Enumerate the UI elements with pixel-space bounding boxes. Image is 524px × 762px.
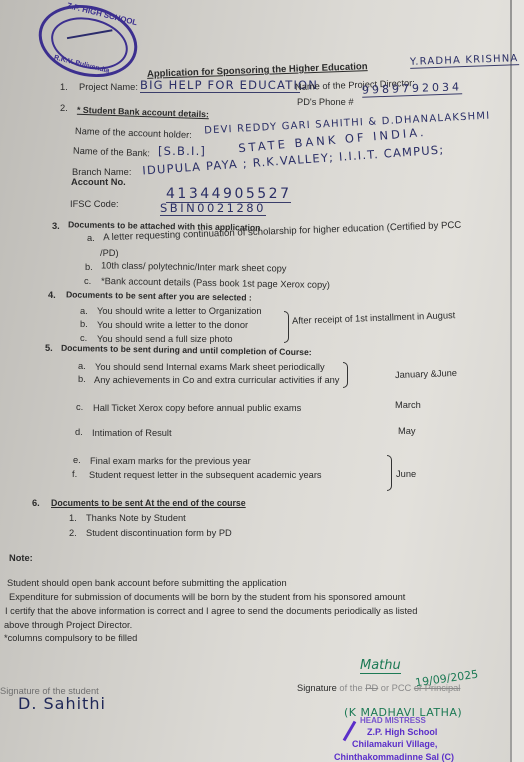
project-director-value: Y.RADHA KRISHNA bbox=[410, 53, 519, 69]
item5-c-marker: c. bbox=[76, 402, 83, 412]
pcc-signature: Mathu bbox=[360, 658, 401, 674]
item5-heading: Documents to be sent during and until co… bbox=[61, 343, 312, 357]
note-line-5: *columns compulsory to be filled bbox=[4, 633, 137, 643]
pcc-label-mid: of the bbox=[339, 683, 362, 693]
ifsc-label: IFSC Code: bbox=[70, 199, 119, 209]
note-line-4: above through Project Director. bbox=[4, 620, 132, 630]
item6-1-marker: 1. bbox=[69, 513, 77, 523]
item5-ef-brace bbox=[387, 455, 392, 491]
item3-c-text: *Bank account details (Pass book 1st pag… bbox=[101, 276, 330, 290]
student-signature: D. Sahithi bbox=[18, 694, 106, 713]
item6-number: 6. bbox=[32, 498, 40, 508]
item5-c-text: Hall Ticket Xerox copy before annual pub… bbox=[93, 403, 301, 413]
item3-b-marker: b. bbox=[85, 262, 93, 272]
item4-heading: Documents to be sent after you are selec… bbox=[66, 289, 252, 302]
item4-c-text: You should send a full size photo bbox=[97, 334, 233, 344]
item3-a-marker: a. bbox=[87, 233, 95, 243]
item5-a-text: You should send Internal exams Mark shee… bbox=[95, 362, 325, 372]
account-holder-label: Name of the account holder: bbox=[75, 126, 192, 140]
item4-b-marker: b. bbox=[80, 319, 88, 329]
item4-timing: After receipt of 1st installment in Augu… bbox=[292, 310, 456, 326]
pcc-label-struck-pd: PD bbox=[365, 683, 378, 693]
account-number-label: Account No. bbox=[71, 177, 126, 187]
item4-a-marker: a. bbox=[80, 306, 88, 316]
paper-edge bbox=[510, 0, 512, 762]
item5-ab-brace bbox=[343, 362, 348, 388]
stamp-line-3: Chilamakuri Village, bbox=[352, 739, 437, 749]
item1-number: 1. bbox=[60, 82, 68, 92]
pd-phone-label: PD's Phone # bbox=[297, 97, 354, 107]
item6-1-text: Thanks Note by Student bbox=[86, 513, 186, 523]
item5-f-text: Student request letter in the subsequent… bbox=[89, 470, 322, 480]
item5-a-marker: a. bbox=[78, 361, 86, 371]
item5-b-marker: b. bbox=[78, 374, 86, 384]
item5-f-marker: f. bbox=[72, 469, 77, 479]
item6-heading: Documents to be sent At the end of the c… bbox=[51, 498, 246, 508]
ifsc-value: SBIN0021280 bbox=[160, 201, 266, 216]
pcc-label-prefix: Signature bbox=[297, 683, 337, 693]
bank-short-value: [S.B.I.] bbox=[158, 144, 206, 158]
project-name-value: BIG HELP FOR EDUCATION bbox=[140, 78, 300, 93]
note-line-1: Student should open bank account before … bbox=[7, 578, 287, 588]
item3-b-text: 10th class/ polytechnic/Inter mark sheet… bbox=[101, 260, 287, 273]
item3-c-marker: c. bbox=[84, 276, 91, 286]
school-stamp: Z.P. HIGH SCHOOL R.K.V. Pulivendla bbox=[31, 0, 145, 87]
note-line-2: Expenditure for submission of documents … bbox=[9, 592, 405, 602]
item3-a-text2: /PD) bbox=[100, 248, 119, 258]
pd-phone-value: 9989792034 bbox=[362, 80, 462, 97]
page-margin bbox=[512, 0, 524, 762]
item4-brace bbox=[284, 311, 289, 343]
item6-2-text: Student discontinuation form by PD bbox=[86, 528, 232, 538]
item5-ef-timing: June bbox=[396, 469, 416, 479]
item5-d-text: Intimation of Result bbox=[92, 428, 172, 438]
branch-name-label: Branch Name: bbox=[72, 167, 131, 177]
bank-name-label: Name of the Bank: bbox=[73, 146, 150, 159]
item4-number: 4. bbox=[48, 290, 56, 300]
item5-e-marker: e. bbox=[73, 455, 81, 465]
bank-details-heading: * Student Bank account details: bbox=[77, 105, 209, 120]
stamp-line-2: Z.P. High School bbox=[367, 727, 437, 737]
item4-c-marker: c. bbox=[80, 333, 87, 343]
item5-number: 5. bbox=[45, 343, 53, 353]
item5-d-timing: May bbox=[398, 426, 416, 436]
item5-c-timing: March bbox=[395, 400, 421, 410]
pcc-label-or: or PCC bbox=[381, 683, 411, 693]
item2-number: 2. bbox=[60, 103, 68, 113]
item5-d-marker: d. bbox=[75, 427, 83, 437]
project-name-label: Project Name: bbox=[79, 82, 138, 92]
item5-ab-timing: January &June bbox=[395, 368, 457, 380]
item5-e-text: Final exam marks for the previous year bbox=[90, 456, 251, 466]
item6-2-marker: 2. bbox=[69, 528, 77, 538]
item4-b-text: You should write a letter to the donor bbox=[97, 320, 248, 330]
stamp-line-4: Chinthakommadinne Sal (C) bbox=[334, 752, 454, 762]
item4-a-text: You should write a letter to Organizatio… bbox=[97, 306, 262, 316]
item3-number: 3. bbox=[52, 221, 60, 231]
item5-b-text: Any achievements in Co and extra curricu… bbox=[94, 375, 339, 385]
note-heading: Note: bbox=[9, 553, 33, 563]
note-line-3: I certify that the above information is … bbox=[5, 606, 417, 616]
stamp-line-1: HEAD MISTRESS bbox=[360, 716, 426, 725]
